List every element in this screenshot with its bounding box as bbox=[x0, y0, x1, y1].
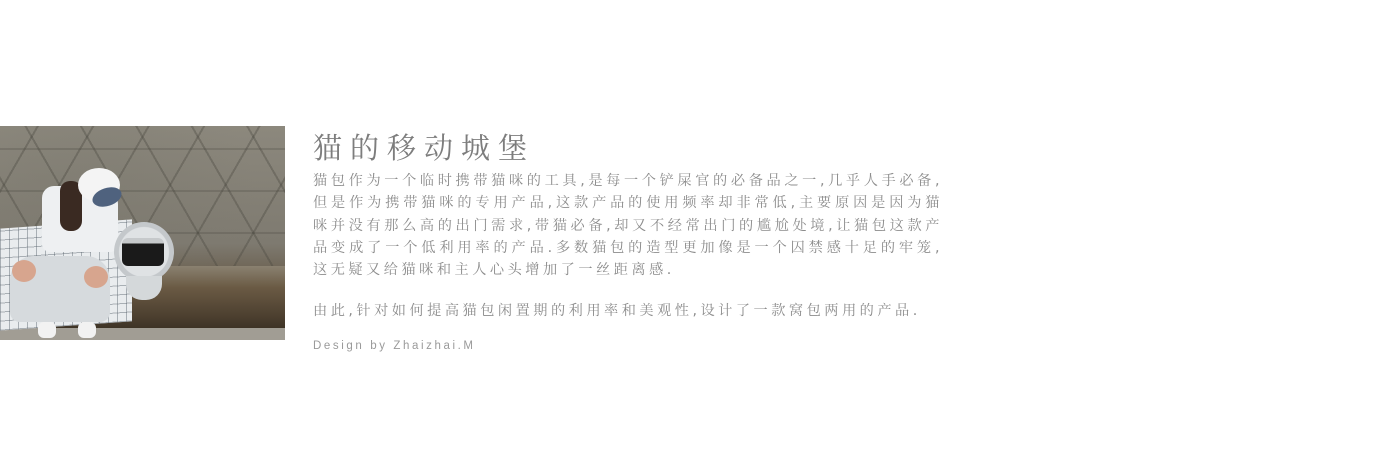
person-shoe-left bbox=[38, 322, 56, 338]
article-paragraph-1: 猫包作为一个临时携带猫咪的工具,是每一个铲屎官的必备品之一,几乎人手必备,但是作… bbox=[313, 170, 943, 281]
person-knee-right bbox=[84, 266, 108, 288]
article-title: 猫的移动城堡 bbox=[313, 128, 953, 168]
hero-photo bbox=[0, 126, 285, 340]
article: 猫的移动城堡 猫包作为一个临时携带猫咪的工具,是每一个铲屎官的必备品之一,几乎人… bbox=[313, 128, 953, 352]
person-knee-left bbox=[12, 260, 36, 282]
person-shoe-right bbox=[78, 322, 96, 338]
cat-carrier-window bbox=[122, 238, 164, 266]
design-credit: Design by Zhaizhai.M bbox=[313, 340, 953, 352]
article-paragraph-2: 由此,针对如何提高猫包闲置期的利用率和美观性,设计了一款窝包两用的产品. bbox=[313, 300, 943, 322]
